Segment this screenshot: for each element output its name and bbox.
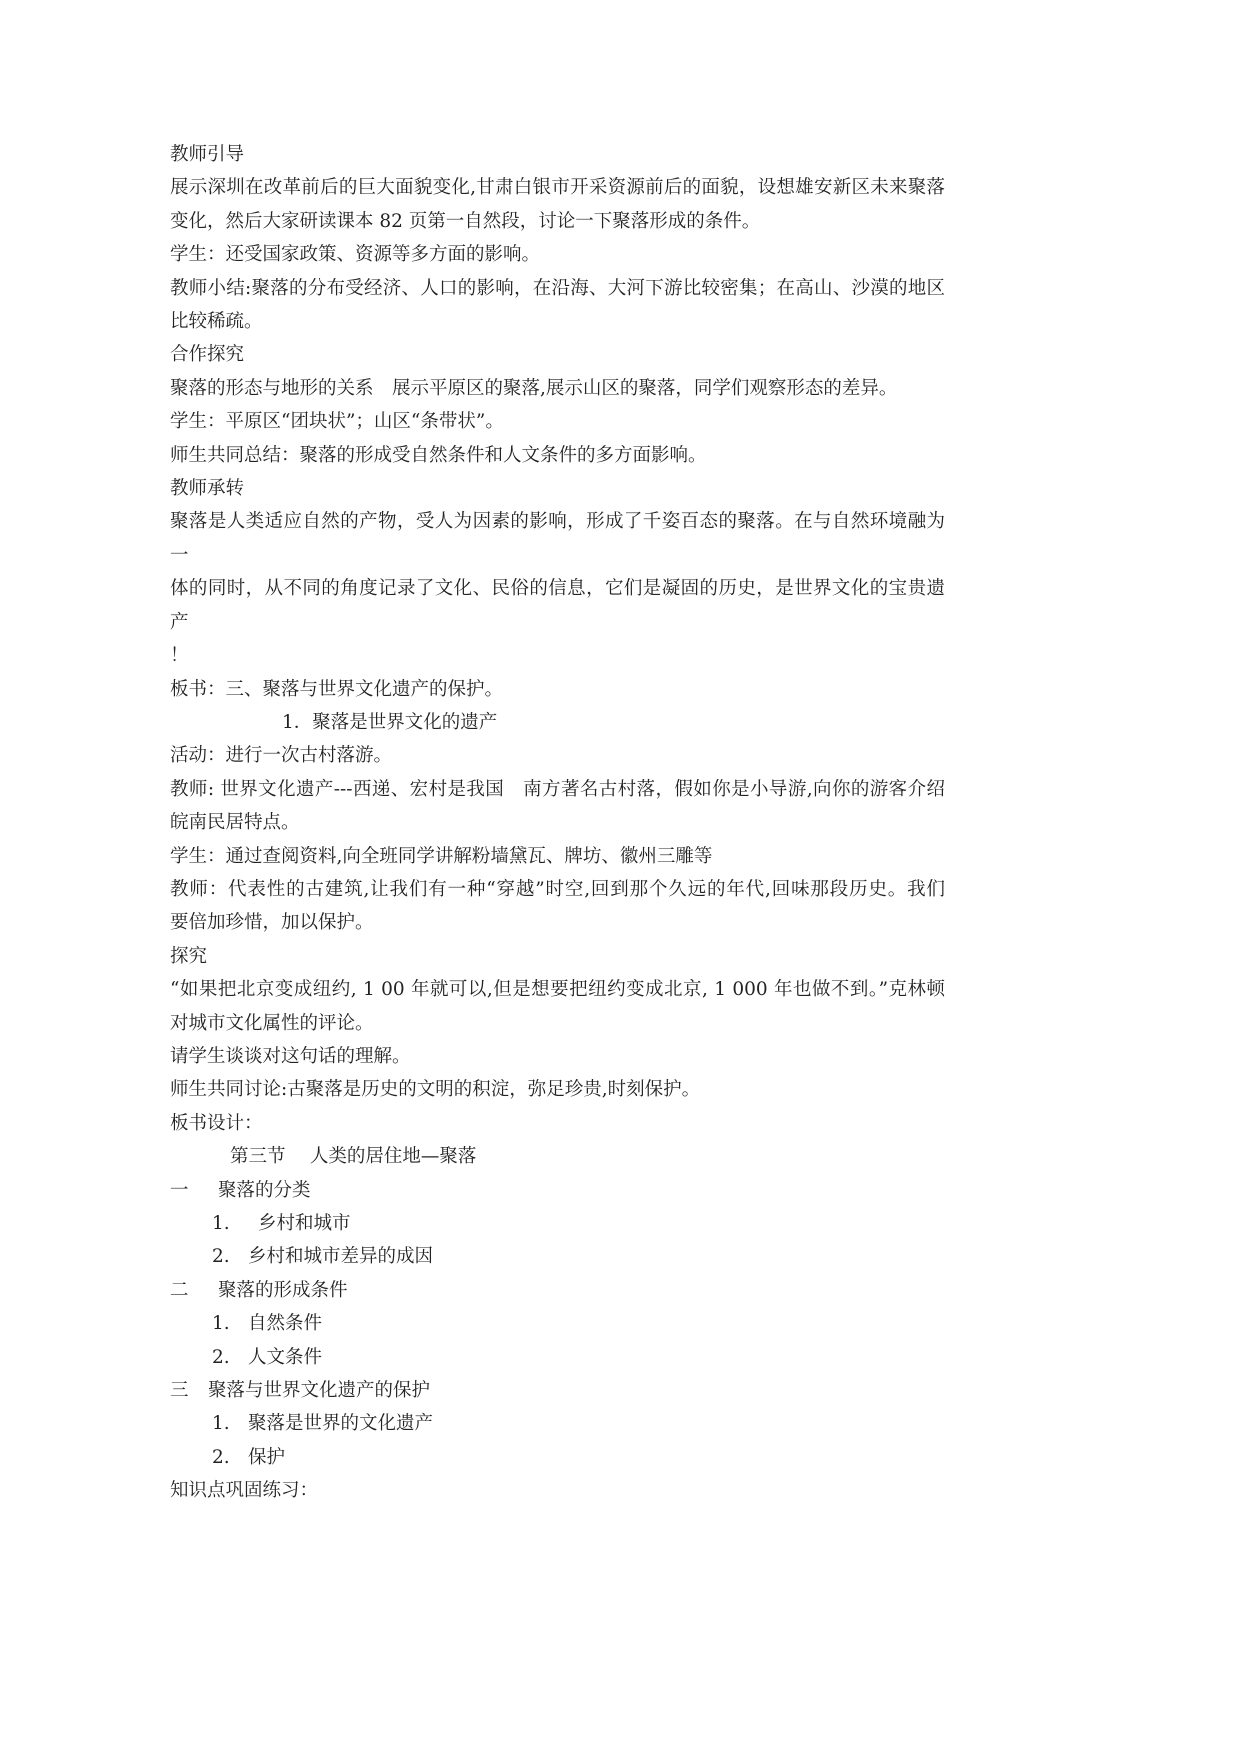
outline-item-label: 保护 — [248, 1441, 285, 1474]
outline-item-label: 人文条件 — [248, 1341, 322, 1374]
heading-teacher-guide: 教师引导 — [170, 138, 945, 171]
outline-item: 2. 乡村和城市差异的成因 — [170, 1240, 945, 1273]
outline-number: 二 — [170, 1274, 218, 1307]
outline-item-label: 乡村和城市 — [258, 1207, 351, 1240]
outline-item-label: 乡村和城市差异的成因 — [248, 1240, 433, 1273]
outline-number: 一 — [170, 1174, 218, 1207]
board-note: 板书：三、聚落与世界文化遗产的保护。 — [170, 673, 945, 706]
teacher-summary: 教师小结:聚落的分布受经济、人口的影响，在沿海、大河下游比较密集；在高山、沙漠的… — [170, 272, 945, 305]
paragraph-line: ！ — [170, 639, 945, 672]
outline-item-number: 1. — [212, 1307, 248, 1340]
outline-item-label: 自然条件 — [248, 1307, 322, 1340]
paragraph-line: 聚落是人类适应自然的产物，受人为因素的影响，形成了千姿百态的聚落。在与自然环境融… — [170, 505, 945, 572]
heading-inquiry: 探究 — [170, 940, 945, 973]
activity-line: 活动：进行一次古村落游。 — [170, 739, 945, 772]
board-note-item: 1．聚落是世界文化的遗产 — [170, 706, 945, 739]
student-response: 学生：通过查阅资料,向全班同学讲解粉墙黛瓦、牌坊、徽州三雕等 — [170, 840, 945, 873]
heading-cooperative-inquiry: 合作探究 — [170, 338, 945, 371]
student-response: 学生：还受国家政策、资源等多方面的影响。 — [170, 238, 945, 271]
paragraph-line: 展示深圳在改革前后的巨大面貌变化,甘肃白银市开采资源前后的面貌，设想雄安新区未来… — [170, 171, 945, 204]
outline-item-number: 2. — [212, 1240, 248, 1273]
outline-section-2: 二 聚落的形成条件 — [170, 1274, 945, 1307]
document-page: 教师引导 展示深圳在改革前后的巨大面貌变化,甘肃白银市开采资源前后的面貌，设想雄… — [170, 138, 945, 1508]
outline-item-number: 1. — [212, 1207, 258, 1240]
outline-item: 1. 聚落是世界的文化遗产 — [170, 1407, 945, 1440]
board-title: 第三节 人类的居住地—聚落 — [170, 1140, 945, 1173]
outline-item: 1. 自然条件 — [170, 1307, 945, 1340]
paragraph-line: 变化，然后大家研读课本 82 页第一自然段，讨论一下聚落形成的条件。 — [170, 205, 945, 238]
joint-discussion: 师生共同讨论:古聚落是历史的文明的积淀，弥足珍贵,时刻保护。 — [170, 1073, 945, 1106]
outline-item: 1. 乡村和城市 — [170, 1207, 945, 1240]
paragraph-line: 皖南民居特点。 — [170, 806, 945, 839]
outline-label: 聚落的分类 — [218, 1174, 311, 1207]
outline-section-1: 一 聚落的分类 — [170, 1174, 945, 1207]
outline-item-label: 聚落是世界的文化遗产 — [248, 1407, 433, 1440]
paragraph-line: 请学生谈谈对这句话的理解。 — [170, 1040, 945, 1073]
paragraph-line: 体的同时，从不同的角度记录了文化、民俗的信息，它们是凝固的历史，是世界文化的宝贵… — [170, 572, 945, 639]
heading-teacher-transition: 教师承转 — [170, 472, 945, 505]
paragraph-line: 比较稀疏。 — [170, 305, 945, 338]
joint-summary: 师生共同总结：聚落的形成受自然条件和人文条件的多方面影响。 — [170, 439, 945, 472]
outline-section-3: 三 聚落与世界文化遗产的保护 — [170, 1374, 945, 1407]
outline-item-number: 2. — [212, 1441, 248, 1474]
heading-board-design: 板书设计： — [170, 1107, 945, 1140]
outline-item: 2. 人文条件 — [170, 1341, 945, 1374]
outline-label: 聚落的形成条件 — [218, 1274, 348, 1307]
paragraph-line: 聚落的形态与地形的关系 展示平原区的聚落,展示山区的聚落，同学们观察形态的差异。 — [170, 372, 945, 405]
outline-item: 2. 保护 — [170, 1441, 945, 1474]
teacher-line: 教师: 世界文化遗产---西递、宏村是我国 南方著名古村落，假如你是小导游,向你… — [170, 773, 945, 806]
outline-item-number: 2. — [212, 1341, 248, 1374]
outline-number: 三 — [170, 1374, 208, 1407]
paragraph-line: 对城市文化属性的评论。 — [170, 1007, 945, 1040]
paragraph-line: 要倍加珍惜，加以保护。 — [170, 906, 945, 939]
closing-heading: 知识点巩固练习： — [170, 1474, 945, 1507]
outline-item-number: 1. — [212, 1407, 248, 1440]
student-response: 学生：平原区“团块状”；山区“条带状”。 — [170, 405, 945, 438]
quote-line: “如果把北京变成纽约, 1 00 年就可以,但是想要把纽约变成北京, 1 000… — [170, 973, 945, 1006]
teacher-line: 教师：代表性的古建筑,让我们有一种“穿越”时空,回到那个久远的年代,回味那段历史… — [170, 873, 945, 906]
outline-label: 聚落与世界文化遗产的保护 — [208, 1374, 430, 1407]
